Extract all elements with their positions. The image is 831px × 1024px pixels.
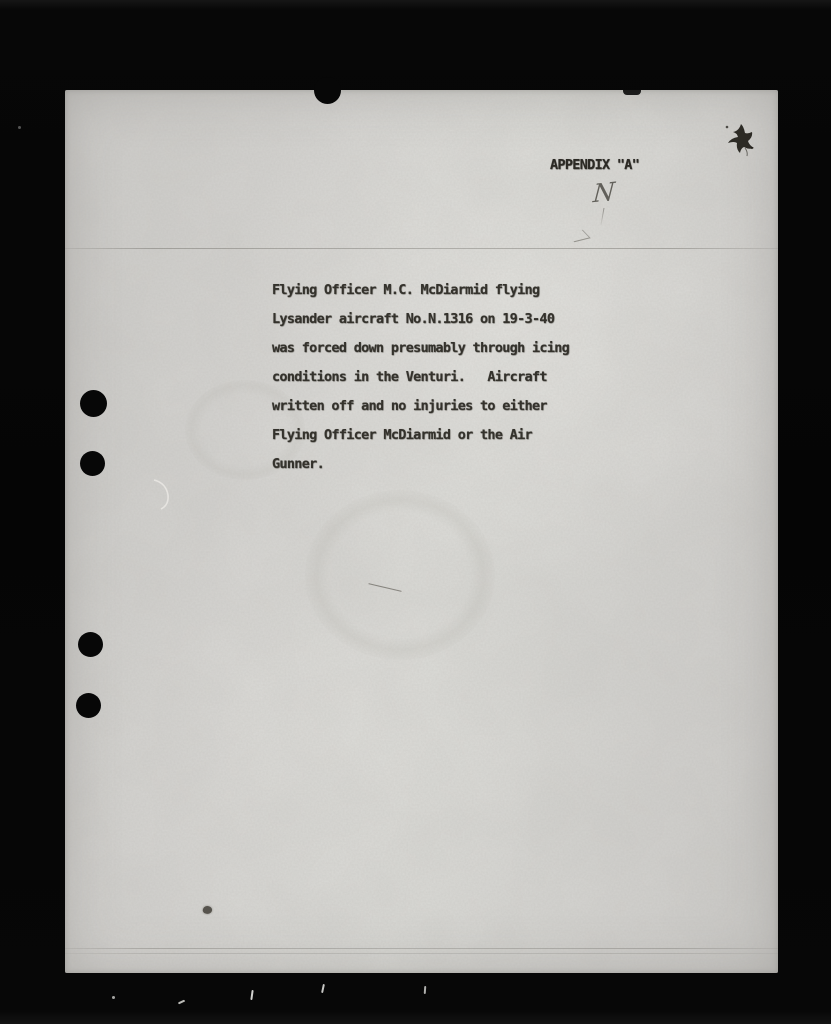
document-page: APPENDIX "A" N Flying Officer M.C. McDia… [65,90,778,973]
typed-line: written off and no injuries to either [272,398,569,427]
typed-line: Flying Officer M.C. McDiarmid flying [272,282,569,311]
water-stain [305,490,495,660]
dust-speck [424,986,427,994]
paper-texture [65,90,778,973]
fold-crease-lower [65,948,778,949]
typed-line: Lysander aircraft No.N.1316 on 19-3-40 [272,311,569,340]
dust-speck [178,1000,185,1005]
dust-speck [112,996,115,999]
hole-punch-2 [80,451,105,476]
ink-blot [717,118,763,160]
dust-speck [321,984,325,993]
hole-punch-4 [76,693,101,718]
handwritten-annotation: N [592,177,616,209]
scratch-mark [151,478,173,512]
typed-line: Gunner. [272,456,569,485]
dust-speck [202,905,213,916]
typed-line: was forced down presumably through icing [272,340,569,369]
scan-background: APPENDIX "A" N Flying Officer M.C. McDia… [0,0,831,1024]
handwritten-annotation-tail [601,208,605,225]
fold-crease-upper [65,248,778,249]
pencil-scratch [368,583,401,592]
appendix-heading: APPENDIX "A" [550,157,639,173]
typed-line: conditions in the Venturi. Aircraft [272,369,569,398]
hole-punch-top [314,77,341,104]
fold-crease-lower-faint [65,953,778,954]
hole-punch-3 [78,632,103,657]
pencil-scribble [566,230,591,242]
hole-punch-1 [80,390,107,417]
dust-speck [18,126,21,129]
dust-speck [250,990,253,1000]
edge-notch [623,90,641,95]
typed-paragraph: Flying Officer M.C. McDiarmid flying Lys… [272,282,569,485]
typed-line: Flying Officer McDiarmid or the Air [272,427,569,456]
